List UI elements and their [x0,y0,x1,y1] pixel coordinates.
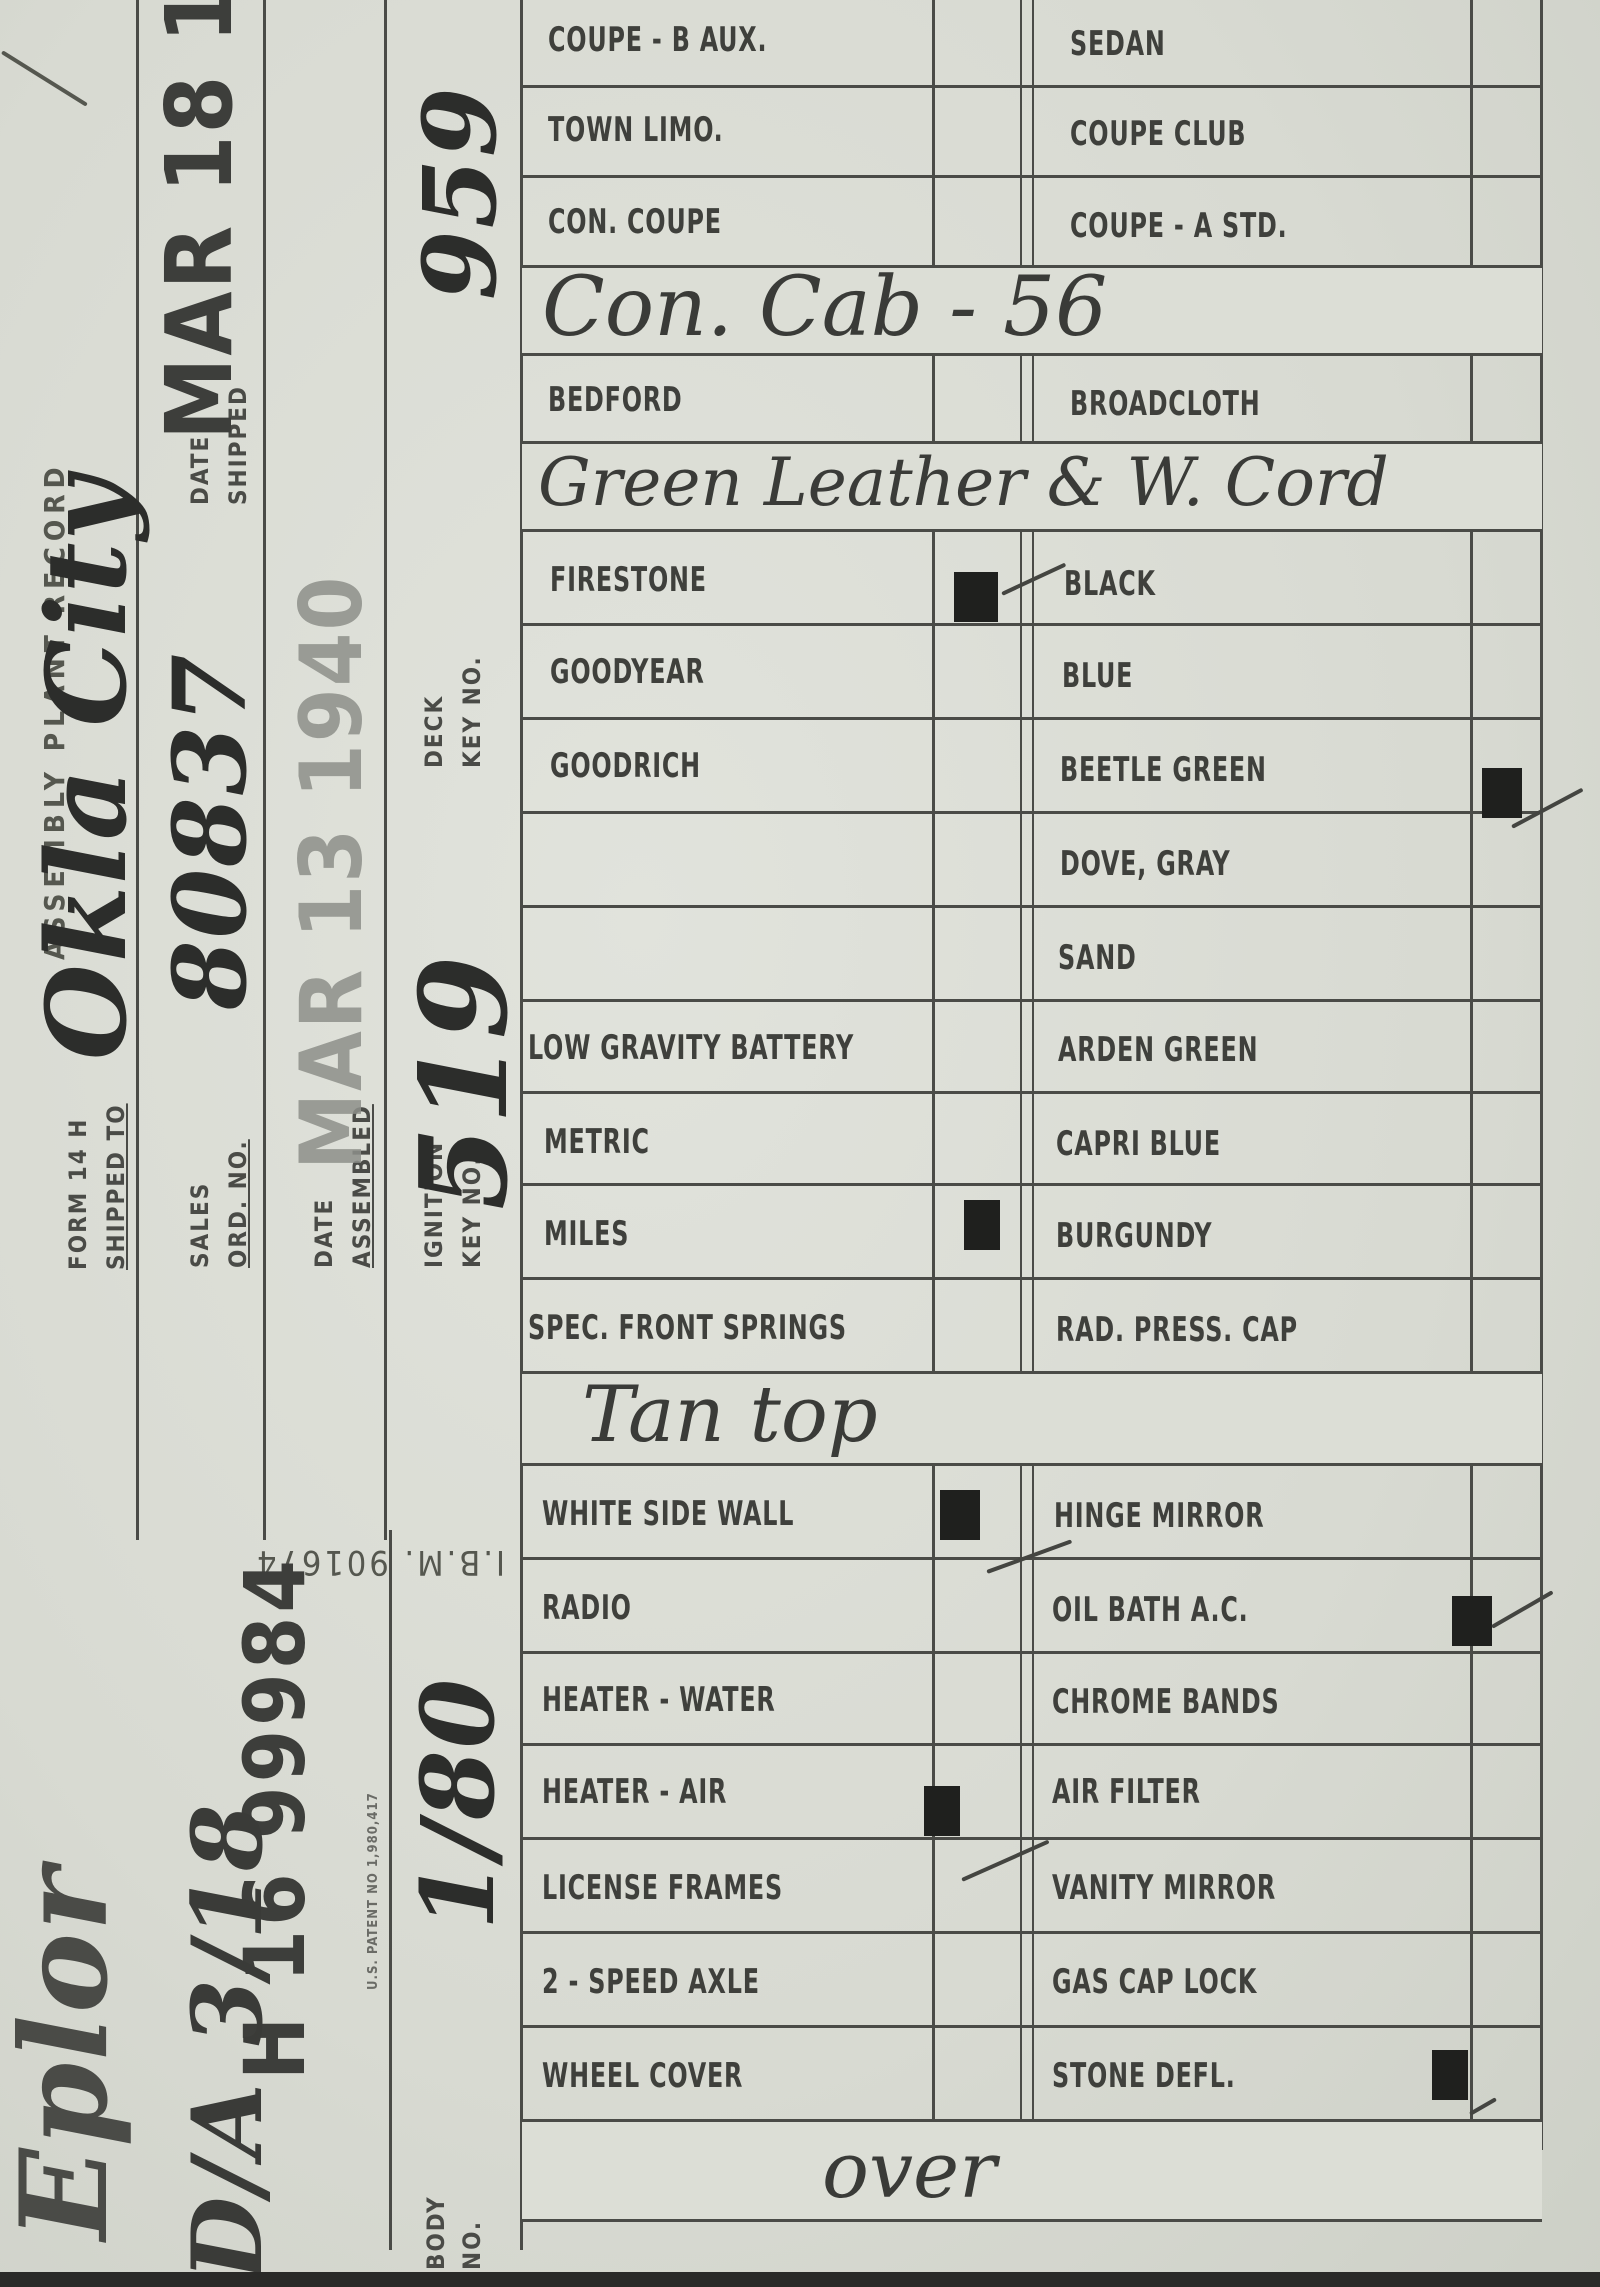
deck-key-number: 959 [410,85,510,300]
option-dove-gray[interactable]: DOVE, GRAY [1060,844,1230,884]
option-wheel-cover[interactable]: WHEEL COVER [542,2056,743,2096]
option-radio[interactable]: RADIO [542,1588,632,1628]
option-blue[interactable]: BLUE [1062,656,1133,696]
checkmark-white-side-wall[interactable] [940,1490,980,1540]
option-beetle-green[interactable]: BEETLE GREEN [1060,750,1267,790]
table-row: GOODRICH BEETLE GREEN [522,720,1542,814]
option-stone-defl[interactable]: STONE DEFL. [1052,2056,1236,2096]
table-row: CON. COUPE COUPE - A STD. [522,178,1542,268]
table-row: HEATER - AIR AIR FILTER [522,1746,1542,1840]
option-sedan[interactable]: SEDAN [1070,24,1166,64]
ignition-key-number: 519 [410,954,520,1211]
margin-note: D/A 3/18 [180,1802,276,2280]
shipped-to-label: SHIPPED TO [102,1103,130,1270]
photo-edge-shadow [0,2272,1600,2287]
sales-label-2: ORD. NO. [224,1139,252,1268]
date-shipped-label-1: DATE [186,435,214,505]
option-miles[interactable]: MILES [544,1214,629,1254]
option-coupe-b-aux[interactable]: COUPE - B AUX. [548,20,767,60]
option-bedford[interactable]: BEDFORD [548,380,683,420]
body-no-label-1: BODY [422,2195,450,2270]
upholstery-handwritten-row: Green Leather & W. Cord [522,444,1542,532]
checkmark-firestone[interactable] [954,572,998,622]
table-row: BEDFORD BROADCLOTH [522,356,1542,444]
option-goodrich[interactable]: GOODRICH [550,746,701,786]
option-con-coupe[interactable]: CON. COUPE [548,202,722,242]
checkmark-oil-bath-ac[interactable] [1452,1596,1492,1646]
options-handwritten-row: Tan top [522,1374,1542,1466]
date-shipped-stamp: MAR 18 1940 [146,0,253,440]
option-rad-press-cap[interactable]: RAD. PRESS. CAP [1056,1310,1298,1350]
body-no-label-2: NO. [458,2220,486,2270]
form-number-label: FORM 14 H [64,1118,92,1270]
table-row: COUPE - B AUX. SEDAN [522,0,1542,88]
table-row: 2 - SPEED AXLE GAS CAP LOCK [522,1934,1542,2028]
checkmark-heater-air[interactable] [924,1786,960,1836]
assembly-plant-record-card: ASSEMBLY PLANT RECORD FORM 14 H SHIPPED … [0,0,1600,2287]
option-black[interactable]: BLACK [1064,564,1156,604]
date-assembled-label-1: DATE [310,1198,338,1268]
sales-order-number: 80837 [160,652,260,1010]
shipped-to-value: Okla City [32,475,142,1060]
option-hinge-mirror[interactable]: HINGE MIRROR [1054,1496,1264,1536]
body-type-handwritten: Con. Cab - 56 [542,260,1107,355]
table-row: WHITE SIDE WALL HINGE MIRROR [522,1466,1542,1560]
deck-key-label-1: DECK [420,695,448,768]
table-row: RADIO OIL BATH A.C. [522,1560,1542,1654]
option-heater-air[interactable]: HEATER - AIR [542,1772,727,1812]
option-white-side-wall[interactable]: WHITE SIDE WALL [542,1494,794,1534]
date-assembled-stamp: MAR 13 1940 [282,575,382,1170]
table-row: SAND [522,908,1542,1002]
accessories-handwritten-row: over [522,2122,1542,2222]
table-row: TOWN LIMO. COUPE CLUB [522,88,1542,178]
option-gas-cap-lock[interactable]: GAS CAP LOCK [1052,1962,1257,2002]
sales-label-1: SALES [186,1182,214,1268]
checkmark-stone-defl[interactable] [1432,2050,1468,2100]
left-strip-rule-3 [384,0,387,1540]
table-row: GOODYEAR BLUE [522,626,1542,720]
table-row: METRIC CAPRI BLUE [522,1094,1542,1186]
deck-key-label-2: KEY NO. [458,655,486,768]
body-type-handwritten-row: Con. Cab - 56 [522,268,1542,356]
option-coupe-a-std[interactable]: COUPE - A STD. [1070,206,1287,246]
checkmark-miles[interactable] [964,1200,1000,1250]
table-row: HEATER - WATER CHROME BANDS [522,1654,1542,1746]
left-strip-rule-4 [389,1530,392,2250]
patent-note: U.S. PATENT NO 1,980,417 [366,1792,381,1990]
option-burgundy[interactable]: BURGUNDY [1056,1216,1212,1256]
option-oil-bath-ac[interactable]: OIL BATH A.C. [1052,1590,1249,1630]
margin-signature: Eplor [10,1866,120,2240]
accessories-handwritten: over [822,2126,996,2216]
option-sand[interactable]: SAND [1058,938,1137,978]
pencil-stroke-icon [1,50,88,106]
upholstery-handwritten: Green Leather & W. Cord [538,444,1389,521]
option-town-limo[interactable]: TOWN LIMO. [548,110,724,150]
table-row: WHEEL COVER STONE DEFL. [522,2028,1542,2122]
table-row: LOW GRAVITY BATTERY ARDEN GREEN [522,1002,1542,1094]
option-firestone[interactable]: FIRESTONE [550,560,707,600]
option-capri-blue[interactable]: CAPRI BLUE [1056,1124,1221,1164]
table-row: DOVE, GRAY [522,814,1542,908]
option-chrome-bands[interactable]: CHROME BANDS [1052,1682,1279,1722]
option-spec-front-springs[interactable]: SPEC. FRONT SPRINGS [528,1308,847,1348]
option-coupe-club[interactable]: COUPE CLUB [1070,114,1246,154]
specification-grid: COUPE - B AUX. SEDAN TOWN LIMO. COUPE CL… [522,0,1542,2170]
options-handwritten: Tan top [582,1370,878,1460]
body-number-handwritten: 1/80 [408,1677,508,1930]
option-broadcloth[interactable]: BROADCLOTH [1070,384,1260,424]
option-metric[interactable]: METRIC [544,1122,650,1162]
option-air-filter[interactable]: AIR FILTER [1052,1772,1201,1812]
table-row: LICENSE FRAMES VANITY MIRROR [522,1840,1542,1934]
option-arden-green[interactable]: ARDEN GREEN [1058,1030,1258,1070]
option-vanity-mirror[interactable]: VANITY MIRROR [1052,1868,1276,1908]
option-low-gravity-battery[interactable]: LOW GRAVITY BATTERY [528,1028,854,1068]
option-goodyear[interactable]: GOODYEAR [550,652,705,692]
option-2-speed-axle[interactable]: 2 - SPEED AXLE [542,1962,760,2002]
table-row: MILES BURGUNDY [522,1186,1542,1280]
option-heater-water[interactable]: HEATER - WATER [542,1680,776,1720]
table-row: SPEC. FRONT SPRINGS RAD. PRESS. CAP [522,1280,1542,1374]
option-license-frames[interactable]: LICENSE FRAMES [542,1868,783,1908]
checkmark-beetle-green[interactable] [1482,768,1522,818]
